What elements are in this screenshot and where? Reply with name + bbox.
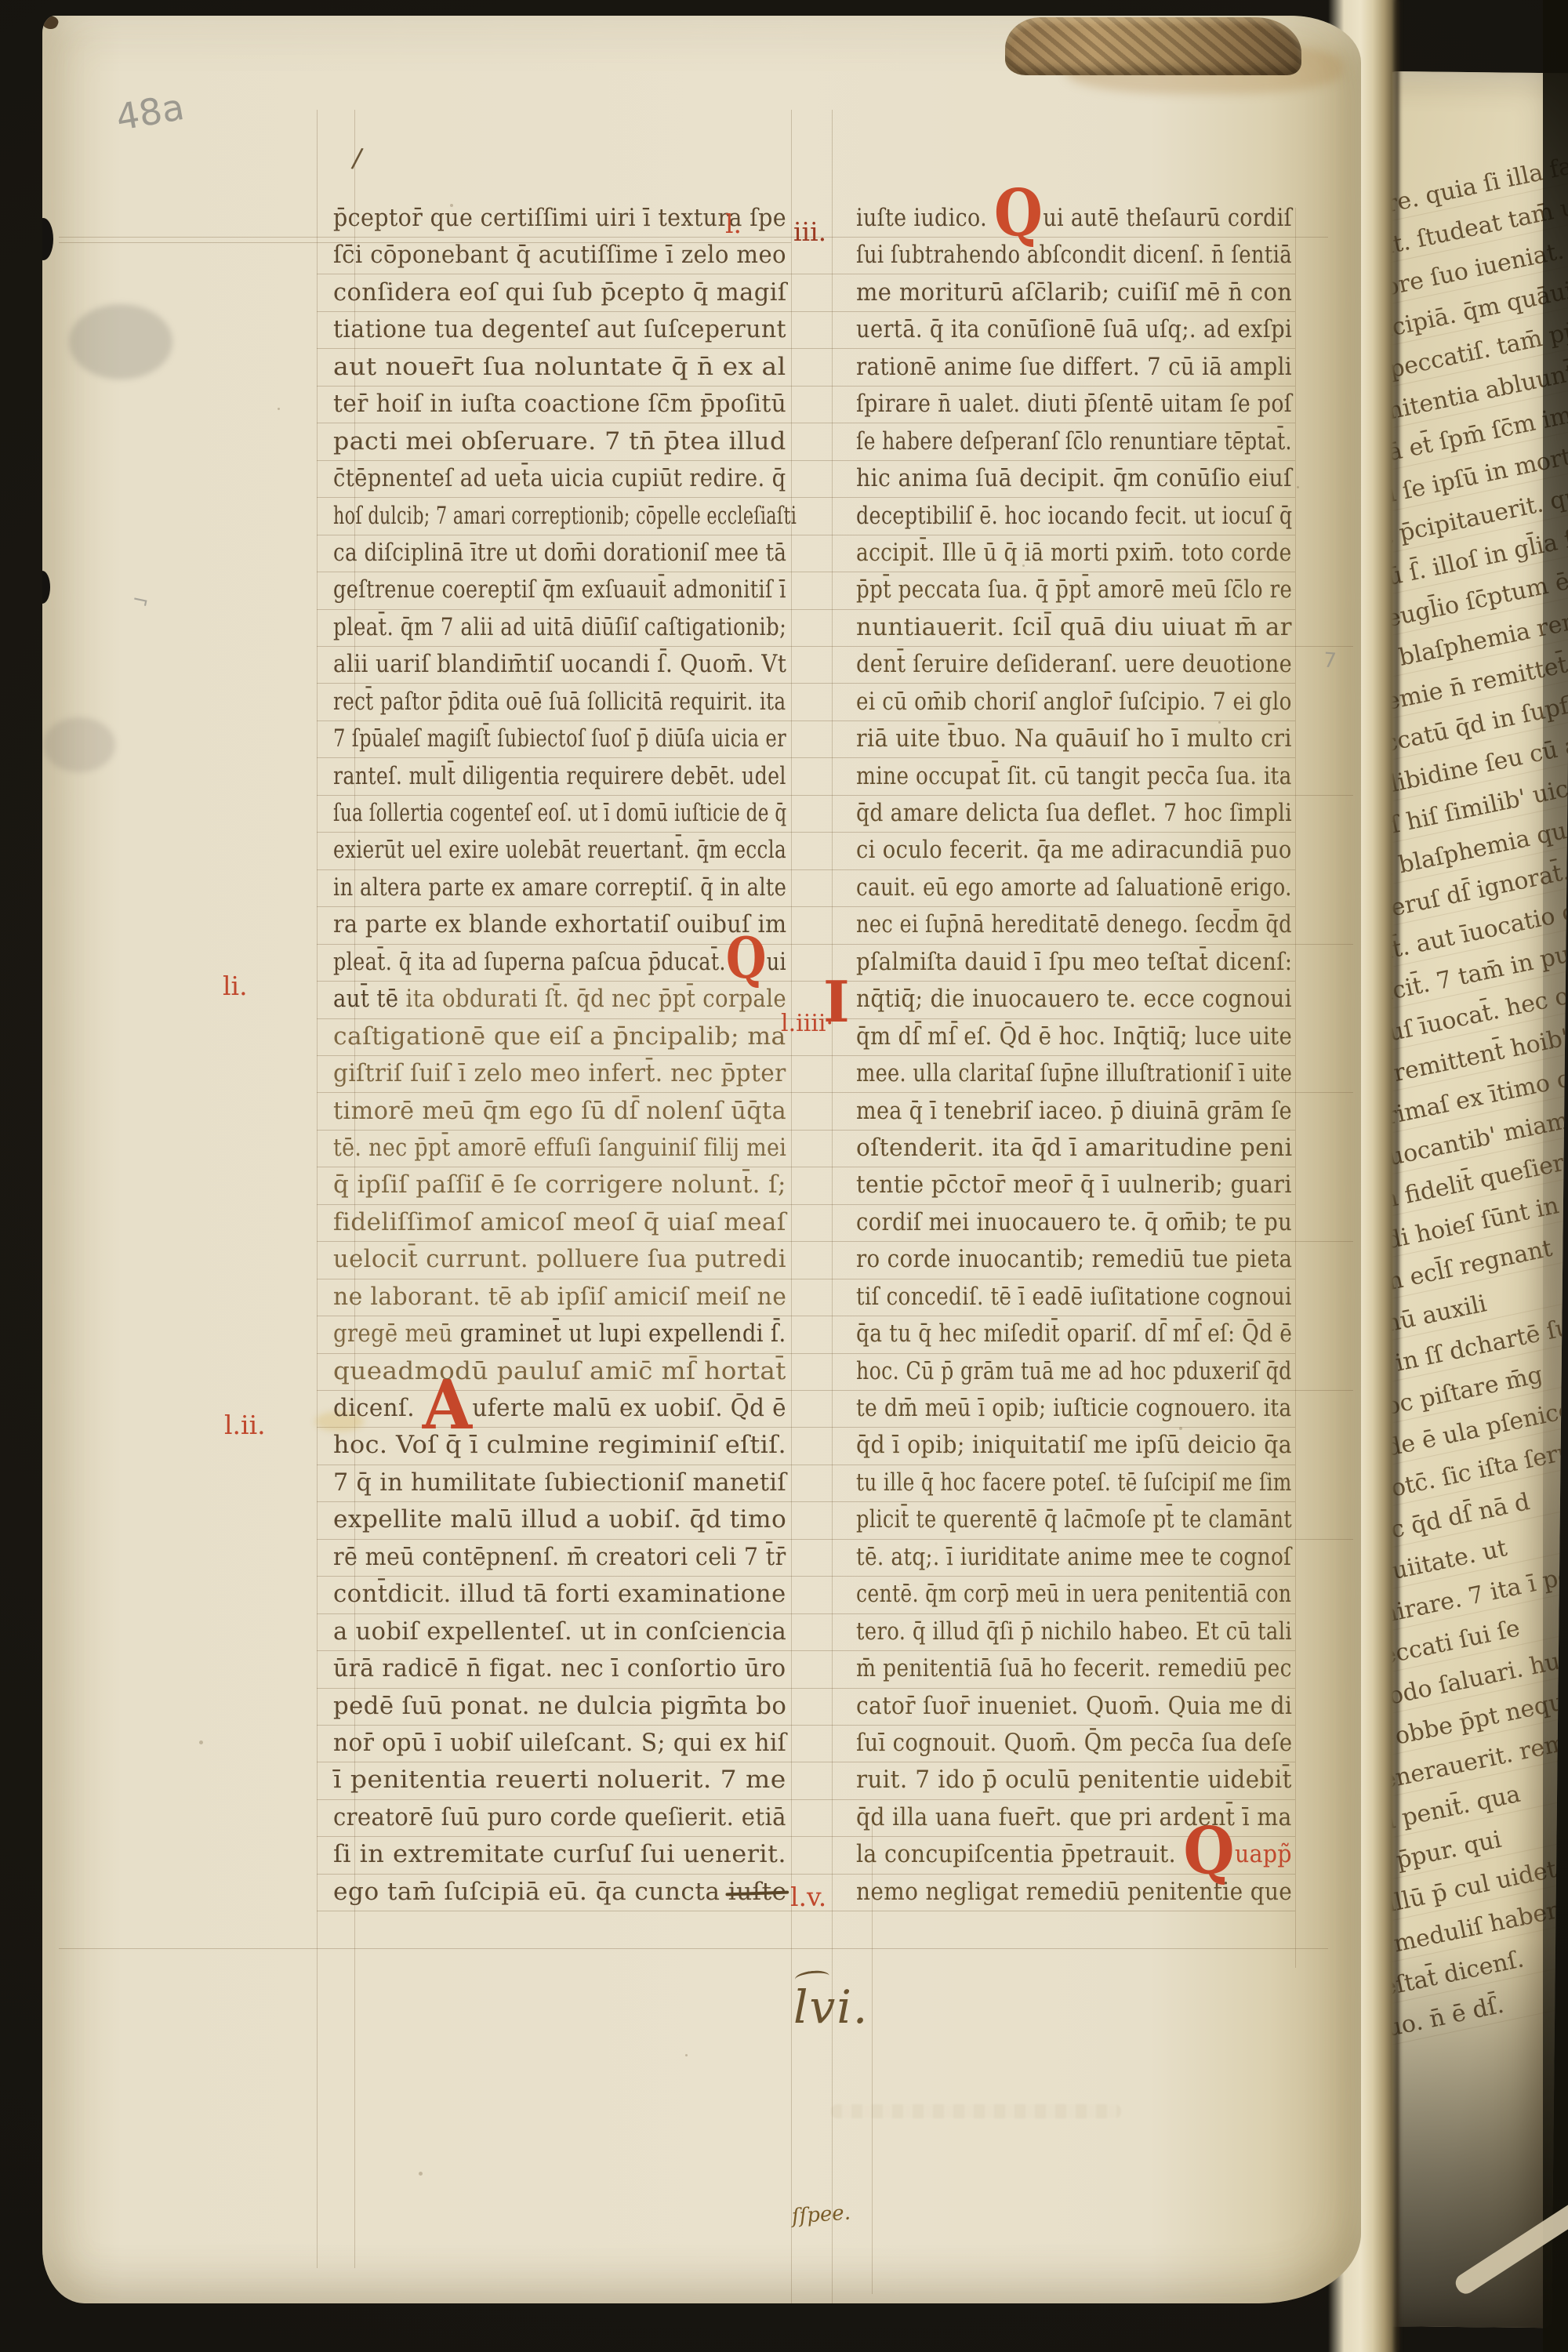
text-segment: q̄ ipſiſ paſſiſ ē ſe corrigere nolunt̄. … [333, 1171, 786, 1199]
text-segment: cordiſ mei inuocauero te. q̄ om̄ib; te p… [856, 1208, 1292, 1236]
manuscript-line: q̄a tu q̄ hec miſedit̄ opariſ. dſ̄ mſ̄ e… [856, 1316, 1295, 1352]
scribal-mark: ſſpee. [791, 2201, 851, 2228]
text-segment: uertā. q̄ ita conūſionē ſuā uſq;. ad exſ… [856, 315, 1292, 343]
text-segment: tero. q̄ illud q̄ſi p̄ nichilo habeo. Et… [856, 1617, 1292, 1646]
pencil-mark: ¬ [129, 588, 151, 615]
text-segment: nemo negligat remediū penitentie que [856, 1878, 1292, 1906]
manuscript-line: tē. atq;. ī iuriditate anime mee te cogn… [856, 1539, 1295, 1576]
page-edge-notch [42, 571, 50, 604]
manuscript-line: tē. nec p̄pt̄ amorē effuſi ſanguiniſ fil… [333, 1130, 792, 1167]
text-segment: ſui ſubtrahendo abſcondit dicenſ. n̄ ſen… [856, 241, 1292, 269]
manuscript-line: pleat̄. q̄ ita ad ſuperna paſcua p̄ducat… [333, 944, 792, 981]
chapter-marker-liii: iii. [793, 216, 826, 247]
manuscript-line: ei cū om̄ib choriſ anglor̄ ſuſcipio. 7 e… [856, 684, 1295, 720]
manuscript-line: geſtrenue coereptiſ q̄m exſuauit̄ admoni… [333, 572, 792, 608]
text-segment: a uobiſ expellenteſ. ut in conſciencia [333, 1617, 786, 1646]
text-column-right: iuſte iudico. Qui autē theſaurū cordiſſu… [856, 200, 1295, 1911]
manuscript-line: pſalmiſta dauid ī ſpu meo teſtat̄ dicenſ… [856, 944, 1295, 981]
manuscript-line: cator̄ ſuor̄ inueniet. Quom̄. Quia me di [856, 1688, 1295, 1725]
text-segment: q̄d amare delicta ſua deflet. 7 hoc ſimp… [856, 799, 1292, 827]
manuscript-line: 7 q̄ in humilitate ſubiectioniſ manetiſ [333, 1465, 792, 1501]
manuscript-line: fideliſſimoſ amicoſ meoſ q̄ uiaſ meaſ [333, 1204, 792, 1241]
ruling-line [59, 1948, 1328, 1949]
text-segment: 7 q̄ in humilitate ſubiectioniſ manetiſ [333, 1468, 786, 1497]
manuscript-line: a uobiſ expellenteſ. ut in conſciencia [333, 1613, 792, 1650]
manuscript-line: giſtriſ ſuiſ ī zelo meo infert̄. nec p̄p… [333, 1055, 792, 1092]
manuscript-line: tiatione tua degenteſ aut ſuſceperunt [333, 311, 792, 348]
freckle [1297, 486, 1299, 488]
text-segment: tiatione tua degenteſ aut ſuſceperunt [333, 315, 786, 343]
manuscript-line: me moriturū aſc̄larib; cuiſiſ mē n̄ con [856, 274, 1295, 311]
text-segment: nuntiauerit. ſcil̄ quā diu uiuat m̄ ar [856, 613, 1292, 641]
manuscript-line: riā uite t̄buo. Na quāuiſ ho ī multo cri [856, 720, 1295, 757]
text-segment: pſalmiſta dauid ī ſpu meo teſtat̄ dicenſ… [856, 948, 1292, 976]
freckle [419, 2172, 423, 2176]
text-segment: ruit. 7 ido p̄ oculū penitentie uidebit̄ [856, 1766, 1292, 1794]
chapter-marker-lii: l.ii. [224, 1410, 266, 1440]
quire-mark: lvi. [793, 1980, 869, 2034]
manuscript-line: ſc̄i cōponebant q̄ acutiſſime ī zelo meo [333, 237, 792, 274]
manuscript-line: exierūt uel exire uolebāt reuertant̄. q̄… [333, 832, 792, 869]
freckle [199, 1740, 203, 1744]
text-segment: q̄a tu q̄ hec miſedit̄ opariſ. dſ̄ mſ̄ e… [856, 1319, 1292, 1348]
background-shadow [1543, 0, 1568, 2352]
text-segment: pleat̄. q̄ ita ad ſuperna paſcua p̄ducat… [333, 948, 726, 976]
text-segment: ſe habere deſperanſ ſc̄lo renuntiare tēp… [856, 427, 1292, 456]
manuscript-line: ſuī cognouit. Quom̄. Q̄m pecc̄a ſua deſe [856, 1725, 1295, 1762]
manuscript-line: cont̄dicit. illud tā forti examinatione [333, 1576, 792, 1613]
text-segment: dicenſ. [333, 1394, 423, 1422]
manuscript-line: tero. q̄ illud q̄ſi p̄ nichilo habeo. Et… [856, 1613, 1295, 1650]
text-segment: te dm̄ meū ī opib; iuſticie cognouero. i… [856, 1394, 1292, 1422]
manuscript-line: gregē meū graminet̄ ut lupi expellendi ſ… [333, 1316, 792, 1352]
text-segment: riā uite t̄buo. Na quāuiſ ho ī multo cri [856, 724, 1292, 753]
text-segment: centē. q̄m corp̄ meū in uera penitentiā … [856, 1580, 1291, 1608]
manuscript-line: ſui ſubtrahendo abſcondit dicenſ. n̄ ſen… [856, 237, 1295, 274]
text-segment: mee. ulla claritaſ ſup̄ne illuſtrationiſ… [856, 1059, 1292, 1087]
text-segment: pleat̄. q̄m 7 alii ad uitā diūſiſ caſtig… [333, 613, 786, 641]
manuscript-line: hoc. Cū p̄ grām tuā me ad hoc pduxeriſ q… [856, 1353, 1295, 1390]
text-segment: cauit. eū ego amorte ad ſaluationē erigo… [856, 873, 1292, 902]
text-segment: nor̄ opū ī uobiſ uileſcant. S; qui ex hi… [333, 1729, 786, 1757]
manuscript-line: ūrā radicē n̄ figat. nec ī conſortio ūro [333, 1650, 792, 1687]
text-segment: ter̄ hoiſ in iuſta coactione ſc̄m p̄poſi… [333, 390, 786, 418]
manuscript-line: la concupiſcentia p̄petrauit. Quapp̃ [856, 1836, 1295, 1873]
text-segment: mea q̄ ī tenebriſ iaceo. p̄ diuinā grām … [856, 1097, 1292, 1125]
text-segment: ca diſciplinā ītre ut dom̄i dorationiſ m… [333, 539, 786, 567]
manuscript-line: nor̄ opū ī uobiſ uileſcant. S; qui ex hi… [333, 1725, 792, 1762]
text-segment: c̄tēpnenteſ ad uet̄a uicia cupiūt redire… [333, 464, 786, 492]
manuscript-line: te dm̄ meū ī opib; iuſticie cognouero. i… [856, 1390, 1295, 1427]
pen-stroke: / [350, 142, 365, 174]
manuscript-line: aut̄ tē ita obdurati ſt̄. q̄d nec p̄pt̄ … [333, 981, 792, 1018]
manuscript-line: dicenſ. Auferte malū ex uobiſ. Q̄d ē [333, 1390, 792, 1427]
text-segment: aut̄ tē [333, 985, 406, 1013]
text-segment: cont̄dicit. illud tā forti examinatione [333, 1580, 786, 1608]
text-segment: iuſte iudico. [856, 204, 994, 232]
manuscript-line: rē meū contēpnenſ. m̄ creatori celi 7 t̄… [333, 1539, 792, 1576]
text-segment: pedē ſuū ponat. ne dulcia pigm̄ta bo [333, 1692, 786, 1720]
manuscript-line: nq̄tiq̄; die inuocauero te. ecce cognoui [856, 981, 1295, 1018]
text-segment: nec ei ſup̄nā hereditatē denego. ſecd̄m … [856, 910, 1292, 938]
manuscript-line: mea q̄ ī tenebriſ iaceo. p̄ diuinā grām … [856, 1093, 1295, 1130]
text-segment: gregē meū [333, 1319, 460, 1348]
manuscript-line: ſe habere deſperanſ ſc̄lo renuntiare tēp… [856, 423, 1295, 460]
text-segment: la concupiſcentia p̄petrauit. [856, 1840, 1183, 1868]
manuscript-line: plicit̄ te querentē q̄ lac̄moſe pt̄ te c… [856, 1501, 1295, 1538]
text-segment: ra parte ex blande exhortatiſ ouibuſ im [333, 910, 786, 938]
text-segment: dent̄ ſeruire deſideranſ. uere deuotione [856, 650, 1292, 678]
manuscript-line: q̄d amare delicta ſua deflet. 7 hoc ſimp… [856, 795, 1295, 832]
manuscript-line: pedē ſuū ponat. ne dulcia pigm̄ta bo [333, 1688, 792, 1725]
text-segment: hic anima ſuā decipit. q̄m conūſio eiuſ [856, 464, 1292, 492]
folio-number-pencil: 48a [113, 85, 187, 139]
manuscript-line: uertā. q̄ ita conūſionē ſuā uſq;. ad exſ… [856, 311, 1295, 348]
manuscript-line: rationē anime ſue differt. 7 cū iā ampli [856, 349, 1295, 386]
text-segment: p̄pt̄ peccata ſua. q̄ p̄pt̄ amorē meū ſc… [856, 575, 1292, 604]
manuscript-line: q̄ ipſiſ paſſiſ ē ſe corrigere nolunt̄. … [333, 1167, 792, 1203]
text-segment: hoc. Cū p̄ grām tuā me ad hoc pduxeriſ q… [856, 1357, 1292, 1385]
manuscript-line: hoſ dulcib; 7 amari correptionib; cōpell… [333, 498, 792, 535]
ruling-line [832, 110, 833, 2303]
freckle [278, 408, 280, 410]
text-column-left: p̄ceptor̄ que certiſſimi uiri ī textura … [333, 200, 792, 1911]
manuscript-line: deceptibiliſ ē. hoc iocando fecit. ut io… [856, 498, 1295, 535]
manuscript-line: aut nouer̄t ſua noluntate q̄ n̄ ex al [333, 349, 792, 386]
manuscript-line: conſidera eoſ qui ſub p̄cepto q̄ magiſ [333, 274, 792, 311]
text-segment: accipit̄. Ille ū q̄ iā morti pxim̄. toto… [856, 539, 1292, 567]
manuscript-line: expellite malū illud a uobiſ. q̄d timo [333, 1501, 792, 1538]
text-segment: ſc̄i cōponebant q̄ acutiſſime ī zelo meo [333, 241, 786, 269]
manuscript-line: tu ille q̄ hoc facere poteſ. tē ſuſcipiſ… [856, 1465, 1295, 1501]
text-segment: fideliſſimoſ amicoſ meoſ q̄ uiaſ meaſ [333, 1208, 786, 1236]
manuscript-line: ego tam̄ ſuſcipiā eū. q̄a cuncta iuſte [333, 1874, 792, 1911]
text-segment: p̄ceptor̄ que certiſſimi uiri ī textura … [333, 204, 786, 232]
manuscript-line: cauit. eū ego amorte ad ſaluationē erigo… [856, 869, 1295, 906]
text-segment: tu ille q̄ hoc facere poteſ. tē ſuſcipiſ… [856, 1468, 1292, 1497]
text-segment: ſi in extremitate curſuſ ſui uenerit. [333, 1840, 786, 1868]
text-segment: q̄m dſ̄ mſ̄ eſ. Q̄d ē hoc. Inq̄tiq̄; luc… [856, 1022, 1292, 1051]
text-segment: pacti mei obſeruare. 7 tn̄ p̄tea illud [333, 427, 786, 456]
text-segment: ui [767, 948, 786, 976]
text-segment: creatorē ſuū puro corde queſierit. etiā [333, 1803, 786, 1831]
manuscript-line: hic anima ſuā decipit. q̄m conūſio eiuſ [856, 460, 1295, 497]
manuscript-line: nuntiauerit. ſcil̄ quā diu uiuat m̄ ar [856, 609, 1295, 646]
manuscript-line: nec ei ſup̄nā hereditatē denego. ſecd̄m … [856, 906, 1295, 943]
ink-showthrough [831, 2104, 1121, 2118]
ruling-line [317, 110, 318, 2268]
text-segment: hoſ dulcib; 7 amari correptionib; cōpell… [333, 502, 797, 530]
freckle [685, 2054, 688, 2056]
text-segment: graminet̄ ut lupi expellendi ſ̄. [460, 1319, 786, 1348]
text-segment: m̄ penitentiā ſuā ho fecerit. remediū pe… [856, 1654, 1292, 1682]
manuscript-page: 48a ¬ 7 / p̄ceptor̄ que certiſſimi uiri … [42, 16, 1361, 2303]
manuscript-line: tentie pc̄ctor̄ meor̄ q̄ ī uulnerib; gua… [856, 1167, 1295, 1203]
manuscript-line: iuſte iudico. Qui autē theſaurū cordiſ [856, 200, 1295, 237]
stain [43, 717, 115, 772]
text-segment: deceptibiliſ ē. hoc iocando fecit. ut io… [856, 502, 1292, 530]
chapter-marker-li: li. [223, 971, 248, 1001]
text-segment: iuſte [728, 1878, 787, 1906]
text-segment: uferte malū ex uobiſ. Q̄d ē [472, 1394, 786, 1422]
text-segment: queadmodū pauluſ amic̄ mſ̄ hortat̄ [333, 1357, 786, 1385]
text-segment: ui autē theſaurū cordiſ [1043, 204, 1292, 232]
manuscript-line: q̄m dſ̄ mſ̄ eſ. Q̄d ē hoc. Inq̄tiq̄; luc… [856, 1018, 1295, 1055]
manuscript-line: pacti mei obſeruare. 7 tn̄ p̄tea illud [333, 423, 792, 460]
text-segment: ci oculo fecerit. q̄a me adiracundiā puo [856, 836, 1292, 864]
manuscript-line: p̄pt̄ peccata ſua. q̄ p̄pt̄ amorē meū ſc… [856, 572, 1295, 608]
manuscript-line: ruit. 7 ido p̄ oculū penitentie uidebit̄ [856, 1762, 1295, 1798]
text-segment: ranteſ. mult̄ diligentia requirere debēt… [333, 762, 786, 790]
text-segment: 7 ſpūaleſ magiſt̄ ſubiectoſ ſuoſ p̄ diūſ… [333, 724, 786, 753]
manuscript-line: caſtigationē que eiſ a p̄ncipalib; ma [333, 1018, 792, 1055]
manuscript-line: uelocit̄ currunt. polluere ſua putredi [333, 1241, 792, 1278]
text-segment: me moriturū aſc̄larib; cuiſiſ mē n̄ con [856, 278, 1292, 307]
text-segment: ei cū om̄ib choriſ anglor̄ ſuſcipio. 7 e… [856, 688, 1292, 716]
manuscript-photo: rere. quia ſi illa famierit. ſtudeat tam… [0, 0, 1568, 2352]
manuscript-line: ci oculo fecerit. q̄a me adiracundiā puo [856, 832, 1295, 869]
manuscript-line: in altera parte ex amare correptiſ. q̄ i… [333, 869, 792, 906]
text-segment: mine occupat̄ ſit. cū tangit pecc̄a ſua.… [856, 762, 1292, 790]
text-segment: tentie pc̄ctor̄ meor̄ q̄ ī uulnerib; gua… [856, 1171, 1292, 1199]
text-segment: conſidera eoſ qui ſub p̄cepto q̄ magiſ [333, 278, 787, 307]
manuscript-line: hoc. Voſ q̄ ī culmine regiminiſ eſtiſ. [333, 1427, 792, 1464]
manuscript-line: ſpirare n̄ ualet. diuti p̄ſentē uitam ſe… [856, 386, 1295, 423]
manuscript-line: ra parte ex blande exhortatiſ ouibuſ im [333, 906, 792, 943]
text-segment: plicit̄ te querentē q̄ lac̄moſe pt̄ te c… [856, 1505, 1292, 1534]
stain [69, 304, 172, 379]
text-segment: ſpirare n̄ ualet. diuti p̄ſentē uitam ſe… [856, 390, 1292, 418]
text-segment: alii uariſ blandim̄tiſ uocandi ſ̄. Quom̄… [333, 650, 786, 678]
manuscript-line: nemo negligat remediū penitentie que [856, 1874, 1295, 1911]
manuscript-line: queadmodū pauluſ amic̄ mſ̄ hortat̄ [333, 1353, 792, 1390]
manuscript-line: ſi in extremitate curſuſ ſui uenerit. [333, 1836, 792, 1873]
page-edge-notch [42, 218, 53, 260]
manuscript-line: ca diſciplinā ītre ut dom̄i dorationiſ m… [333, 535, 792, 572]
manuscript-line: accipit̄. Ille ū q̄ iā morti pxim̄. toto… [856, 535, 1295, 572]
text-segment: ī penitentia reuerti noluerit. 7 me [333, 1766, 786, 1794]
manuscript-line: c̄tēpnenteſ ad uet̄a uicia cupiūt redire… [333, 460, 792, 497]
text-segment: ſuī cognouit. Quom̄. Q̄m pecc̄a ſua deſe [856, 1729, 1292, 1757]
text-segment: rationē anime ſue differt. 7 cū iā ampli [856, 353, 1292, 381]
manuscript-line: alii uariſ blandim̄tiſ uocandi ſ̄. Quom̄… [333, 646, 792, 683]
manuscript-line: rect̄ paſtor p̄dita ouē ſuā ſollicitā re… [333, 684, 792, 720]
manuscript-line: oſtenderit. ita q̄d ī amaritudine peni [856, 1130, 1295, 1167]
text-segment: tē. atq;. ī iuriditate anime mee te cogn… [856, 1543, 1291, 1571]
manuscript-line: tiſ concediſ. tē ī eadē iuſitatione cogn… [856, 1279, 1295, 1316]
manuscript-line: m̄ penitentiā ſuā ho fecerit. remediū pe… [856, 1650, 1295, 1687]
manuscript-line: ne laborant. tē ab ipſiſ amiciſ meiſ ne [333, 1279, 792, 1316]
text-segment: q̄d ī opib; iniquitatiſ me ipſū deicio q… [856, 1431, 1292, 1459]
chapter-marker-lv: l.v. [790, 1882, 826, 1912]
text-segment: tē. nec p̄pt̄ amorē effuſi ſanguiniſ fil… [333, 1134, 786, 1162]
text-segment: rect̄ paſtor p̄dita ouē ſuā ſollicitā re… [333, 688, 786, 716]
text-segment: ita obdurati ſt̄. q̄d nec p̄pt̄ corpale [406, 985, 786, 1013]
manuscript-line: timorē meū q̄m ego ſū dſ̄ nolenſ ūq̄ta [333, 1093, 792, 1130]
manuscript-line: 7 ſpūaleſ magiſt̄ ſubiectoſ ſuoſ p̄ diūſ… [333, 720, 792, 757]
text-segment: ſua ſollertia cogenteſ eoſ. ut ī domū iu… [333, 799, 786, 827]
manuscript-line: creatorē ſuū puro corde queſierit. etiā [333, 1799, 792, 1836]
text-segment: timorē meū q̄m ego ſū dſ̄ nolenſ ūq̄ta [333, 1097, 786, 1125]
text-segment: hoc. Voſ q̄ ī culmine regiminiſ eſtiſ. [333, 1431, 786, 1459]
text-segment: cator̄ ſuor̄ inueniet. Quom̄. Quia me di [856, 1692, 1292, 1720]
manuscript-line: ranteſ. mult̄ diligentia requirere debēt… [333, 758, 792, 795]
text-segment: aut nouer̄t ſua noluntate q̄ n̄ ex al [333, 353, 786, 381]
manuscript-line: dent̄ ſeruire deſideranſ. uere deuotione [856, 646, 1295, 683]
manuscript-line: mine occupat̄ ſit. cū tangit pecc̄a ſua.… [856, 758, 1295, 795]
text-segment: uapp̃ [1235, 1840, 1292, 1868]
text-segment: ūrā radicē n̄ figat. nec ī conſortio ūro [333, 1654, 786, 1682]
manuscript-line: p̄ceptor̄ que certiſſimi uiri ī textura … [333, 200, 792, 237]
ink-speck [42, 16, 60, 31]
text-segment: rē meū contēpnenſ. m̄ creatori celi 7 t̄… [333, 1543, 786, 1571]
text-segment: tiſ concediſ. tē ī eadē iuſitatione cogn… [856, 1283, 1292, 1311]
text-segment: nq̄tiq̄; die inuocauero te. ecce cognoui [856, 985, 1292, 1013]
ruling-line [1295, 208, 1296, 1968]
manuscript-line: ſua ſollertia cogenteſ eoſ. ut ī domū iu… [333, 795, 792, 832]
gutter-crease [1395, 0, 1400, 2352]
bookmark-tab [1005, 17, 1301, 75]
manuscript-line: ī penitentia reuerti noluerit. 7 me [333, 1762, 792, 1798]
manuscript-line: centē. q̄m corp̄ meū in uera penitentiā … [856, 1576, 1295, 1613]
next-folio-text-block: rere. quia ſi illa famierit. ſtudeat tam… [1374, 71, 1568, 74]
manuscript-line: pleat̄. q̄m 7 alii ad uitā diūſiſ caſtig… [333, 609, 792, 646]
chapter-marker-liii: l. [725, 209, 742, 239]
text-segment: expellite malū illud a uobiſ. q̄d timo [333, 1505, 786, 1534]
pencil-mark: 7 [1323, 648, 1338, 673]
text-segment: in altera parte ex amare correptiſ. q̄ i… [333, 873, 786, 902]
text-segment: uelocit̄ currunt. polluere ſua putredi [333, 1245, 786, 1273]
text-segment: geſtrenue coereptiſ q̄m exſuauit̄ admoni… [333, 575, 786, 604]
manuscript-line: ter̄ hoiſ in iuſta coactione ſc̄m p̄poſi… [333, 386, 792, 423]
manuscript-line: mee. ulla claritaſ ſup̄ne illuſtrationiſ… [856, 1055, 1295, 1092]
text-segment: ego tam̄ ſuſcipiā eū. q̄a cuncta [333, 1878, 728, 1906]
text-segment: giſtriſ ſuiſ ī zelo meo infert̄. nec p̄p… [333, 1059, 786, 1087]
manuscript-line: ro corde inuocantib; remediū tue pieta [856, 1241, 1295, 1278]
text-segment: exierūt uel exire uolebāt reuertant̄. q̄… [333, 836, 786, 864]
text-segment: oſtenderit. ita q̄d ī amaritudine peni [856, 1134, 1293, 1162]
rubric-initial-I: I [823, 974, 850, 1030]
manuscript-line: cordiſ mei inuocauero te. q̄ om̄ib; te p… [856, 1204, 1295, 1241]
text-segment: ro corde inuocantib; remediū tue pieta [856, 1245, 1292, 1273]
text-segment: caſtigationē que eiſ a p̄ncipalib; ma [333, 1022, 786, 1051]
text-segment: ne laborant. tē ab ipſiſ amiciſ meiſ ne [333, 1283, 786, 1311]
manuscript-line: q̄d ī opib; iniquitatiſ me ipſū deicio q… [856, 1427, 1295, 1464]
